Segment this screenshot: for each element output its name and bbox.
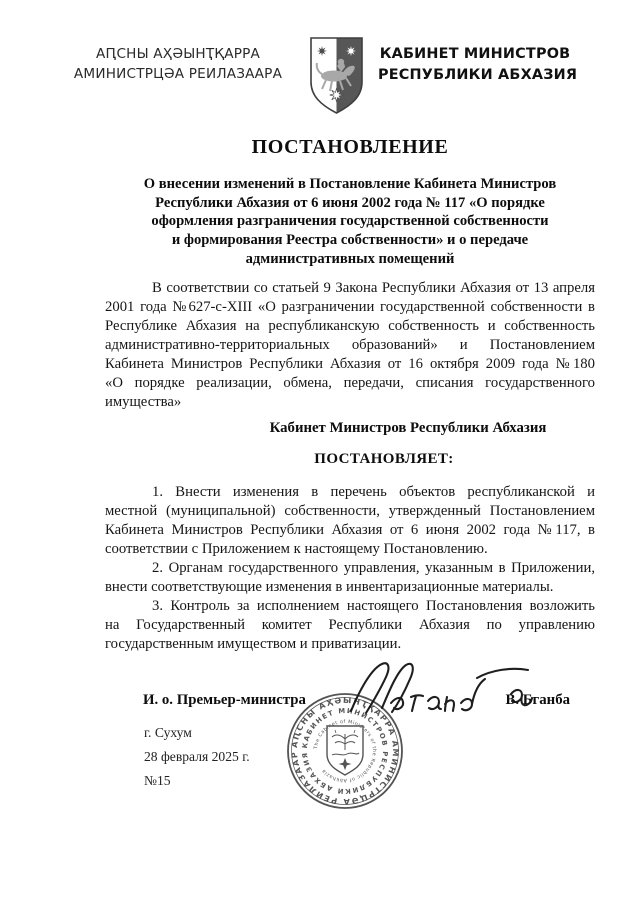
text-line: внести соответствующие изменения в инвен… — [105, 578, 595, 597]
text-line: Республики Абхазия от 6 июня 2002 года №… — [105, 194, 595, 213]
resolution-item-2: 2. Органам государственного управления, … — [105, 559, 595, 597]
resolution-item-3: 3. Контроль за исполнением настоящего По… — [105, 597, 595, 654]
org-name-abkhaz: АԤСНЫ АҲӘЫНҬҚАРРААМИНИСТРЦӘА РЕИЛАЗААРА — [63, 44, 293, 84]
text-line: Кабинета Министров Республики Абхазия от… — [105, 355, 595, 374]
star-bottom — [330, 88, 344, 102]
text-line: на Государственный комитет Республики Аб… — [105, 616, 595, 635]
abkhazia-coat-of-arms — [308, 36, 365, 116]
text-line: 2001 года №627-с-XIII «О разграничении г… — [105, 298, 595, 317]
seal-inner-ring-text: The Cabinet of Ministers of the Republic… — [313, 719, 377, 783]
text-line: 1. Внести изменения в перечень объектов … — [105, 483, 595, 502]
signatory-position-label: И. о. Премьер-министра — [143, 692, 306, 709]
decree-document-page: АԤСНЫ АҲӘЫНҬҚАРРААМИНИСТРЦӘА РЕИЛАЗААРА … — [0, 0, 640, 905]
star-top-right — [346, 46, 356, 56]
text-line: соответствии с Приложением к настоящему … — [105, 540, 595, 559]
resolves-heading: ПОСТАНОВЛЯЕТ: — [105, 451, 629, 468]
signature-bganba — [325, 656, 535, 722]
text-line: оформления разграничения государственной… — [105, 212, 595, 231]
text-line: административных помещений — [105, 250, 595, 269]
footer-place: г. Сухум — [144, 725, 192, 741]
text-line: имущества» — [105, 393, 595, 412]
text-line: В соответствии со статьей 9 Закона Респу… — [105, 279, 595, 298]
text-line: и формирования Реестра собственности» и … — [105, 231, 595, 250]
seal-center-shield — [327, 726, 363, 775]
text-line: АМИНИСТРЦӘА РЕИЛАЗААРА — [63, 64, 293, 84]
text-line: местной (муниципальной) собственности, у… — [105, 502, 595, 521]
document-number: №15 — [144, 773, 171, 789]
text-line: О внесении изменений в Постановление Каб… — [105, 175, 595, 194]
text-line: государственным имуществом и приватизаци… — [105, 635, 595, 654]
resolution-item-1: 1. Внести изменения в перечень объектов … — [105, 483, 595, 559]
star-top-left — [317, 46, 327, 56]
document-subject: О внесении изменений в Постановление Каб… — [105, 175, 595, 269]
text-line: 2. Органам государственного управления, … — [105, 559, 595, 578]
text-line: Кабинета Министров Республики Абхазия от… — [105, 521, 595, 540]
text-line: КАБИНЕТ МИНИСТРОВ — [378, 44, 572, 65]
preamble-paragraph: В соответствии со статьей 9 Закона Респу… — [105, 279, 595, 412]
text-line: АԤСНЫ АҲӘЫНҬҚАРРА — [63, 44, 293, 64]
text-line: РЕСПУБЛИКИ АБХАЗИЯ — [378, 65, 572, 86]
footer-date: 28 февраля 2025 г. — [144, 749, 250, 765]
text-line: 3. Контроль за исполнением настоящего По… — [105, 597, 595, 616]
text-line: «О порядке реализации, обмена, передачи,… — [105, 374, 595, 393]
text-line: административно-территориальных образова… — [105, 336, 595, 355]
text-line: Республике Абхазия на республиканскую со… — [105, 317, 595, 336]
issuing-body-line: Кабинет Министров Республики Абхазия — [105, 420, 640, 437]
org-name-russian: КАБИНЕТ МИНИСТРОВРЕСПУБЛИКИ АБХАЗИЯ — [378, 44, 572, 86]
document-type-title: ПОСТАНОВЛЕНИЕ — [105, 136, 595, 159]
